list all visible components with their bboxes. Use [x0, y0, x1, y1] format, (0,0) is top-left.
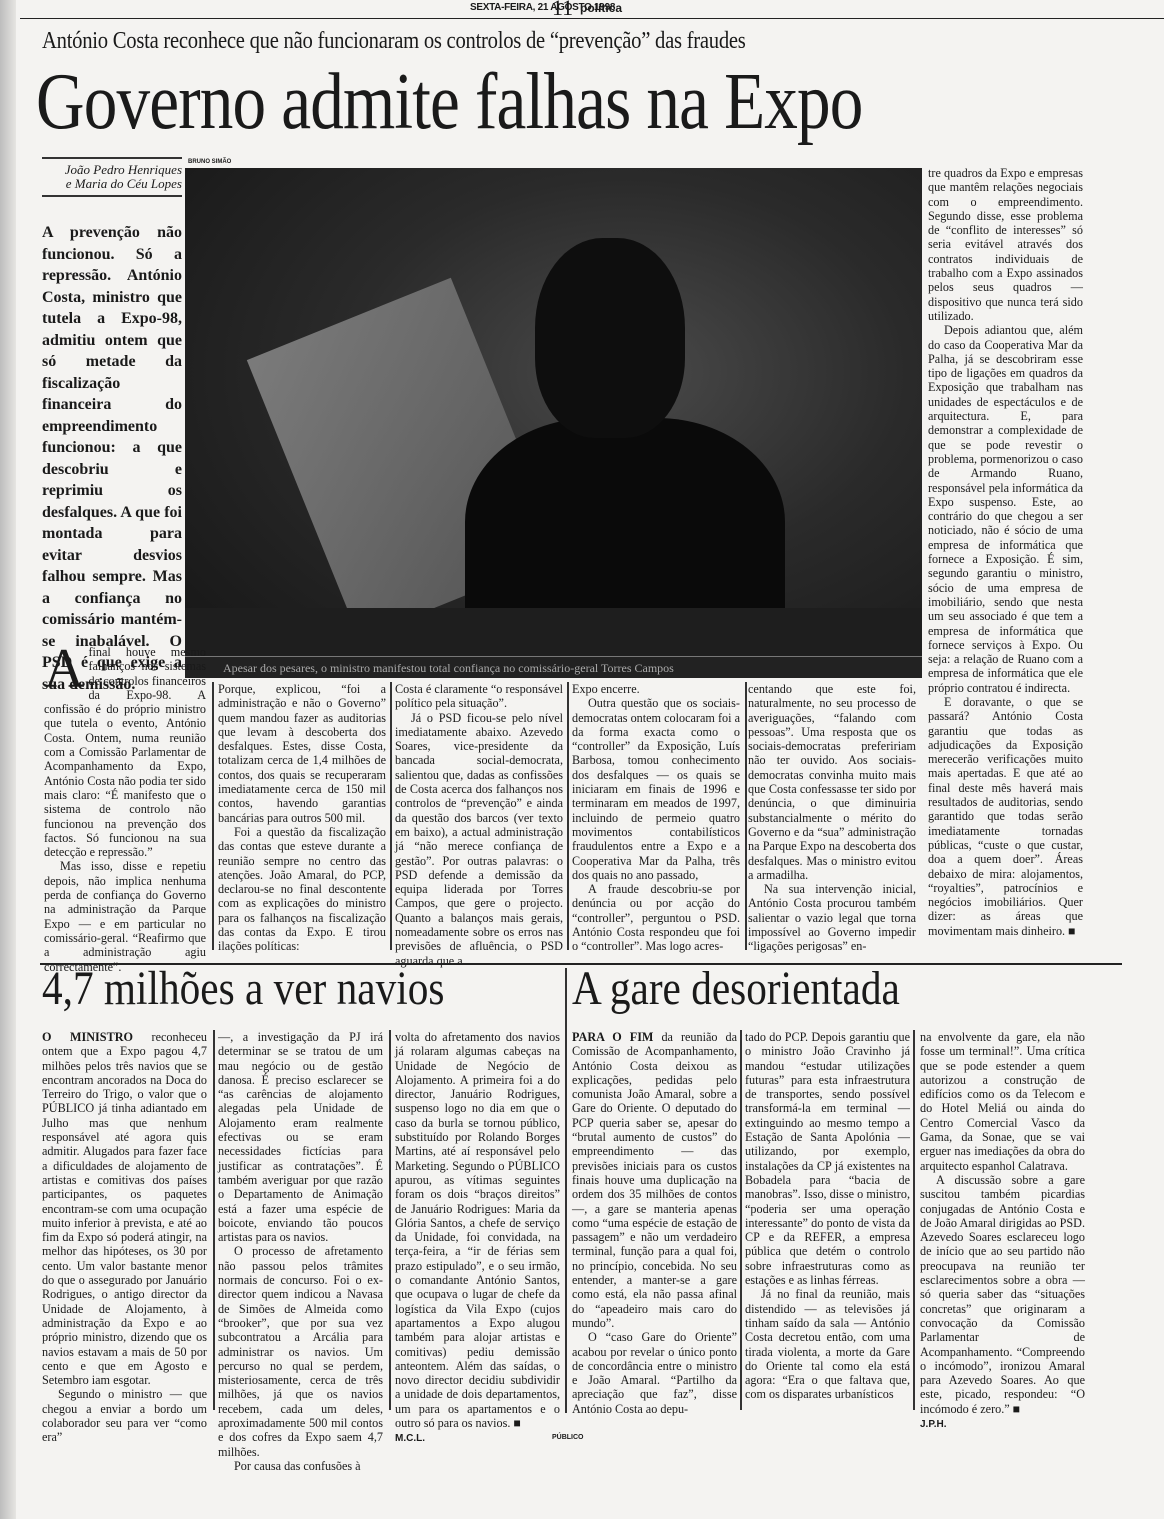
article-column-right: tre quadros da Expo e empresas que mantê…	[928, 166, 1083, 938]
column-rule	[913, 1030, 915, 1410]
paragraph: Foi a questão da fiscalização das contas…	[218, 825, 386, 954]
section-name: política	[580, 1, 622, 15]
photo-credit: BRUNO SIMÃO	[188, 159, 231, 165]
subhead-station: A gare desorientada	[572, 965, 900, 1013]
column-rule	[389, 1030, 391, 1410]
article-column-5: centando que este foi, naturalmente, no …	[748, 682, 916, 954]
paragraph: Outra questão que os sociais-democratas …	[572, 696, 740, 882]
column-rule	[745, 682, 747, 950]
author-initials: J.P.H.	[920, 1419, 947, 1430]
author-2: e Maria do Céu Lopes	[42, 177, 182, 191]
station-column-1: PARA O FIM da reunião da Comissão de Aco…	[572, 1030, 737, 1416]
column-rule	[567, 682, 569, 950]
paragraph: Mas isso, disse e repetiu depois, não im…	[44, 859, 206, 973]
ships-column-1: O MINISTRO reconheceu ontem que a Expo p…	[42, 1030, 207, 1445]
column-rule	[213, 1030, 215, 1410]
drop-cap: A	[44, 647, 84, 691]
paragraph: PARA O FIM da reunião da Comissão de Aco…	[572, 1030, 737, 1330]
paragraph: Já o PSD ficou-se pelo nível imediatamen…	[395, 711, 563, 968]
kicker: António Costa reconhece que não funciona…	[42, 28, 746, 55]
photo-caption: Apesar dos pesares, o ministro manifesto…	[185, 656, 922, 678]
author-1: João Pedro Henriques	[42, 163, 182, 177]
paragraph-text: reconheceu ontem que a Expo pagou 4,7 mi…	[42, 1030, 207, 1387]
paragraph: volta do afretamento dos navios já rolar…	[395, 1030, 560, 1430]
page-number: 11	[552, 0, 573, 21]
paragraph: Já no final da reunião, mais distendido …	[745, 1287, 910, 1401]
byline-rule	[42, 195, 182, 197]
news-photo: Apesar dos pesares, o ministro manifesto…	[185, 168, 922, 678]
paragraph: centando que este foi, naturalmente, no …	[748, 682, 916, 882]
paragraph-text: da reunião da Comissão de Acompanhamento…	[572, 1030, 737, 1330]
story-divider	[565, 968, 567, 1413]
paragraph: tre quadros da Expo e empresas que mantê…	[928, 166, 1083, 323]
author-initials: M.C.L.	[395, 1433, 425, 1444]
lead-paragraph: A prevenção não funcionou. Só a repressã…	[42, 222, 182, 695]
headline: Governo admite falhas na Expo	[36, 62, 863, 142]
column-rule	[740, 1030, 742, 1410]
scan-edge	[0, 0, 16, 1519]
lead-in: PARA O FIM	[572, 1030, 653, 1044]
lead-in: O MINISTRO	[42, 1030, 133, 1044]
column-rule	[390, 682, 392, 950]
paragraph: A fraude descobriu-se por denúncia ou po…	[572, 882, 740, 953]
paragraph: Depois adiantou que, além do caso da Coo…	[928, 323, 1083, 695]
article-column-4: Expo encerre. Outra questão que os socia…	[572, 682, 740, 954]
paragraph: —, a investigação da PJ irá determinar s…	[218, 1030, 383, 1244]
article-column-1: A final houve mesmo falhanços nos sistem…	[44, 645, 206, 974]
paragraph: Na sua intervenção inicial, António Cost…	[748, 882, 916, 953]
station-column-2: tado do PCP. Depois garantiu que o minis…	[745, 1030, 910, 1402]
paragraph: Porque, explicou, “foi a administração e…	[218, 682, 386, 825]
paragraph: O “caso Gare do Oriente” acabou por reve…	[572, 1330, 737, 1416]
photo-figure-head	[535, 238, 685, 438]
paragraph: na envolvente da gare, ela não fosse um …	[920, 1030, 1085, 1173]
paragraph: O processo de afretamento não passou pel…	[218, 1244, 383, 1458]
article-column-2: Porque, explicou, “foi a administração e…	[218, 682, 386, 954]
paragraph: Segundo o ministro — que chegou a enviar…	[42, 1387, 207, 1444]
station-column-3: na envolvente da gare, ela não fosse um …	[920, 1030, 1085, 1432]
column-rule	[212, 682, 214, 950]
paragraph: A discussão sobre a gare suscitou também…	[920, 1173, 1085, 1416]
byline-rule	[42, 157, 182, 159]
byline: João Pedro Henriques e Maria do Céu Lope…	[42, 163, 182, 191]
publication-footer: PÚBLICO	[552, 1434, 584, 1441]
paragraph: E doravante, o que se passará? António C…	[928, 695, 1083, 938]
paragraph: O MINISTRO reconheceu ontem que a Expo p…	[42, 1030, 207, 1387]
ships-column-2: —, a investigação da PJ irá determinar s…	[218, 1030, 383, 1473]
subhead-ships: 4,7 milhões a ver navios	[42, 965, 444, 1013]
paragraph: Expo encerre.	[572, 682, 740, 696]
ships-column-3: volta do afretamento dos navios já rolar…	[395, 1030, 560, 1447]
article-column-3: Costa é claramente “o responsável políti…	[395, 682, 563, 968]
paragraph: Costa é claramente “o responsável políti…	[395, 682, 563, 711]
paragraph: Por causa das confusões à	[218, 1459, 383, 1473]
page-header: SEXTA-FEIRA, 21 AGOSTO 1998 11 política	[20, 0, 1164, 19]
paragraph: tado do PCP. Depois garantiu que o minis…	[745, 1030, 910, 1287]
